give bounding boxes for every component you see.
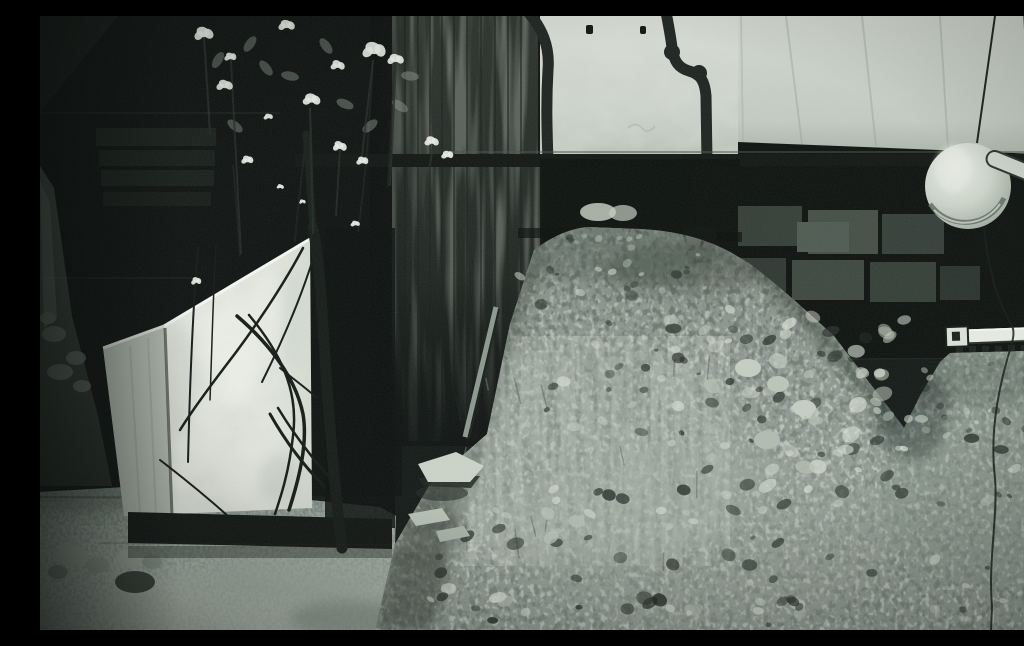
vignette: [40, 16, 1024, 630]
photo-canvas: [40, 16, 1024, 630]
installation-photograph: [40, 16, 1024, 630]
